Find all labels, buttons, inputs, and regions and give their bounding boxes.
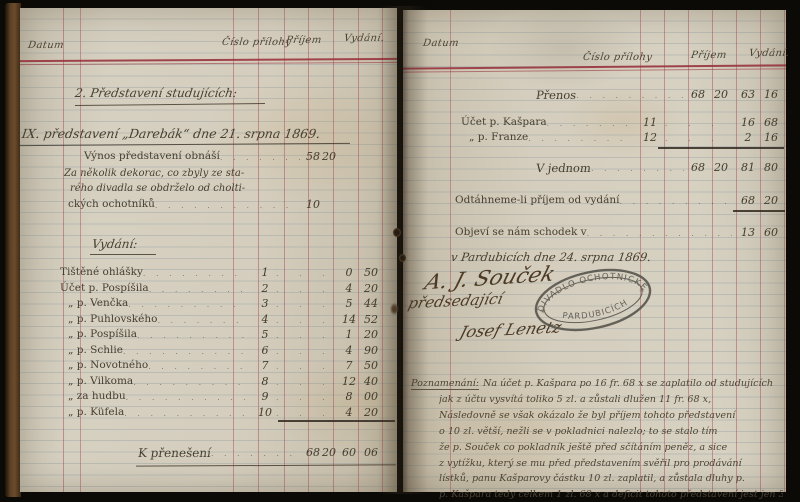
expense-row: Tištěné ohlášky. . . . . . . . . . . . .… [20,266,397,281]
expense-kr: 40 [363,375,379,388]
right-header-attachment-no: Číslo přílohy [582,52,653,63]
attachment-no: 2 [257,282,273,295]
remark-line: Následovně se však okázalo že byl příjem… [439,408,783,424]
row-label: Tištěné ohlášky [60,266,143,278]
dot-leader: . . . . . . . . . . . . . . . . . . . . … [123,344,245,356]
dot-leader: . . . . . . . . . . . . . . . . . . . . … [148,359,245,371]
attachment-no: 11 [642,116,658,129]
expense-kr: 20 [363,406,379,419]
carry-income-zl: 68 [305,446,321,459]
row-label: „ p. Franze [469,131,528,143]
dot-leader: . . . . . . . . [665,116,727,131]
expense-row: „ p. Küfela. . . . . . . . . . . . . . .… [20,406,397,421]
carried-forward-row: Přenos . . . . . . . . . . . . . . . . .… [403,88,786,103]
page-gutter-shadow [378,6,428,494]
expense-kr: 16 [763,88,779,101]
expenses-header-underline [90,254,156,255]
attachment-no: 8 [257,375,273,388]
carry-underline [136,464,396,467]
row-label: „ p. Puhlovského [68,313,157,325]
dot-leader: . . . . . . . . [276,266,336,281]
expense-zl: 14 [341,313,357,326]
remark-paragraph: Poznamenání:Na účet p. Kašpara po 16 fr.… [411,376,783,502]
expense-kr: 50 [363,359,379,372]
expense-row: „ p. Puhlovského. . . . . . . . . . . . … [20,313,397,328]
dot-leader: . . . . . . . . [528,131,638,143]
income-note-line: Za několik dekorac, co zbyly ze sta- [20,168,397,183]
remark-line: o 10 zl. větší, nežli se v pokladnici na… [439,424,783,440]
dot-leader: . . . . . . . . [276,375,336,390]
expense-zl: 0 [341,266,357,279]
right-header-expense: Vydání. [748,48,790,59]
dot-leader: . . . . . . . . . . . . . . . . . . . . … [220,150,300,162]
row-label: „ p. Pospíšila [68,328,137,340]
expense-row: „ p. Schlie. . . . . . . . . . . . . . .… [20,344,397,359]
income-zl: 10 [305,198,321,211]
left-header-datum: Datum [27,40,64,51]
income-kr: 20 [713,161,729,174]
row-label: V jednom [535,161,592,175]
left-page: Datum Číslo přílohy Příjem Vydání. 2. Př… [20,8,397,492]
remark-line: že p. Souček co pokladník ještě před sčí… [439,440,783,456]
remark-text: Na účet p. Kašpara po 16 fr. 68 x se zap… [483,378,773,389]
row-label: Objeví se nám schodek v [455,226,587,238]
dot-leader: . . . . . . . . . . . . . . . . . . . . … [128,297,245,309]
dot-leader: . . . . . . . . [276,359,336,374]
expense-kr: 00 [363,390,379,403]
dot-leader: . . . . . . . . . . . . . . . . . . . . … [149,282,245,294]
row-label: „ za hudbu [68,390,126,402]
dot-leader: . . . . . . . . . . . . . . . . . . . . … [576,88,684,102]
dot-leader: . . . . . . . . . . . . . . . . . . . . … [587,226,732,238]
income-row: ckých ochotníků . . . . . . . . . . . . … [20,198,397,213]
left-header-attachment-no: Číslo přílohy [221,37,292,48]
sum-line [658,147,784,149]
row-label: K přenešení [137,446,212,460]
carry-expense-zl: 60 [341,446,357,459]
binding-hole [399,254,406,262]
expense-row: „ p. Franze. . . . . . . . 12 . . . . . … [403,131,786,146]
expense-row: Účet p. Pospíšila. . . . . . . . . . . .… [20,282,397,297]
header-rule-red [20,58,397,62]
dot-leader: . . . . . . . . . . . . . . . . . . . . … [133,375,245,387]
attachment-no: 10 [257,406,273,419]
row-label: Výnos představení obnáší [84,150,220,162]
remark-line: p. Kašpara tedy celkem 1 zl. 68 x a defi… [439,487,783,502]
expense-zl: 2 [740,131,756,144]
dot-leader: . . . . . . . . . . . . . . . . . . . . … [126,390,245,402]
expense-zl: 1 [341,328,357,341]
row-label: „ p. Vilkoma [68,375,133,387]
deficit-row: Objeví se nám schodek v . . . . . . . . … [403,226,786,241]
row-label: Odtáhneme-li příjem od vydání [455,194,620,206]
header-rule-red-thin [20,61,397,64]
dot-leader: . . . . . . . . [276,328,336,343]
expense-zl: 5 [341,297,357,310]
dot-leader: . . . . . . . . [276,390,336,405]
expense-zl: 4 [341,344,357,357]
expense-kr: 50 [363,266,379,279]
attachment-no: 1 [257,266,273,279]
deduction-underline [733,210,785,212]
row-label: „ p. Schlie [68,344,123,356]
income-note-line: rého divadla se obdrželo od cholti- [20,183,397,198]
deduction-kr: 20 [763,194,779,207]
income-row: Výnos představení obnáší . . . . . . . .… [20,150,397,165]
remark-line: z vytížku, který se mu před představením… [439,456,783,472]
row-label: „ p. Novotného [68,359,148,371]
dot-leader: . . . . . . . . . . . . . . . . . . . . … [157,313,245,325]
attachment-no: 12 [642,131,658,144]
expense-row: „ p. Pospíšila. . . . . . . . . . . . . … [20,328,397,343]
ledger-book-photo: Datum Číslo přílohy Příjem Vydání. 2. Př… [0,0,800,502]
performance-title: IX. představení „Darebák“ dne 21. srpna … [21,126,321,141]
expense-kr: 20 [363,282,379,295]
expense-zl: 63 [740,88,756,101]
expense-kr: 90 [363,344,379,357]
expense-zl: 4 [341,282,357,295]
expense-zl: 8 [341,390,357,403]
left-header-income: Příjem [285,35,322,46]
dot-leader: . . . . . . . . [276,406,336,421]
attachment-no: 7 [257,359,273,372]
dot-leader: . . . . . . . . [276,297,336,312]
right-page: Datum Číslo přílohy Příjem Vydání. Přeno… [403,10,786,492]
expense-zl: 81 [740,161,756,174]
dot-leader: . . . . . . . . [276,344,336,359]
expense-row: „ za hudbu. . . . . . . . . . . . . . . … [20,390,397,405]
income-zl: 68 [690,88,706,101]
deficit-zl: 13 [740,226,756,239]
expenses-header: Vydání: [91,237,138,251]
attachment-no: 9 [257,390,273,403]
row-label: rého divadla se obdrželo od cholti- [70,183,245,194]
dot-leader: . . . . . . . . [276,282,336,297]
expense-zl: 12 [341,375,357,388]
row-label: „ p. Küfela [68,406,124,418]
income-zl: 68 [690,161,706,174]
dot-leader: . . . . . . . . . . . . . . . . . . . . … [155,198,297,210]
income-kr: 20 [713,88,729,101]
expense-row: „ p. Venčka. . . . . . . . . . . . . . .… [20,297,397,312]
section-title-underline [75,103,265,106]
row-label: Přenos [535,88,577,102]
remark-line: lístků, panu Kašparovy částku 10 zl. zap… [439,471,783,487]
attachment-no: 3 [257,297,273,310]
row-label: Účet p. Kašpara [461,116,547,128]
row-label: Účet p. Pospíšila [60,282,149,294]
expense-kr: 68 [763,116,779,129]
dot-leader: . . . . . . . . [547,116,638,128]
carry-total-row: K přenešení . . . . . . . . . . . . . . … [20,446,397,461]
expense-zl: 7 [341,359,357,372]
income-zl: 58 [305,150,321,163]
dot-leader: . . . . . . . . [665,131,727,146]
expense-zl: 4 [341,406,357,419]
expense-kr: 44 [363,297,379,310]
section-title: 2. Představení studujících: [74,86,238,100]
expense-kr: 80 [763,161,779,174]
carry-expense-kr: 06 [363,446,379,459]
dot-leader: . . . . . . . . . . . . . . . . . . . . … [211,446,297,460]
dot-leader: . . . . . . . . [276,313,336,328]
dot-leader: . . . . . . . . . . . . . . . . . . . . … [137,328,245,340]
dot-leader: . . . . . . . . . . . . . . . . . . . . … [591,161,684,175]
expense-kr: 52 [363,313,379,326]
income-kr: 20 [321,150,337,163]
grand-total-row: V jednom . . . . . . . . . . . . . . . .… [403,161,786,176]
remark-line: Poznamenání:Na účet p. Kašpara po 16 fr.… [411,376,783,392]
expense-row: „ p. Vilkoma. . . . . . . . . . . . . . … [20,375,397,390]
expense-kr: 16 [763,131,779,144]
row-label: „ p. Venčka [68,297,128,309]
expense-row: „ p. Novotného. . . . . . . . . . . . . … [20,359,397,374]
row-label: Za několik dekorac, co zbyly ze sta- [64,168,244,179]
book-cover-edge [5,3,21,497]
expense-zl: 16 [740,116,756,129]
carry-income-kr: 20 [321,446,337,459]
binding-hole [393,228,401,237]
deduction-zl: 68 [740,194,756,207]
attachment-no: 5 [257,328,273,341]
expense-row: Účet p. Kašpara. . . . . . . . 11 . . . … [403,116,786,131]
dot-leader: . . . . . . . . . . . . . . . . . . . . … [143,266,245,278]
attachment-no: 6 [257,344,273,357]
right-header-income: Příjem [690,50,727,61]
row-label: ckých ochotníků [68,198,155,210]
attachment-no: 4 [257,313,273,326]
expense-kr: 20 [363,328,379,341]
remark-line: jak z účtu vysvítá toliko 5 zl. a zůstal… [439,392,783,408]
deficit-kr: 60 [763,226,779,239]
deduction-row: Odtáhneme-li příjem od vydání . . . . . … [403,194,786,209]
ink-blot [390,303,399,315]
dot-leader: . . . . . . . . . . . . . . . . . . . . … [620,194,732,206]
dot-leader: . . . . . . . . . . . . . . . . . . . . … [124,406,245,418]
performance-title-underline [20,143,350,147]
